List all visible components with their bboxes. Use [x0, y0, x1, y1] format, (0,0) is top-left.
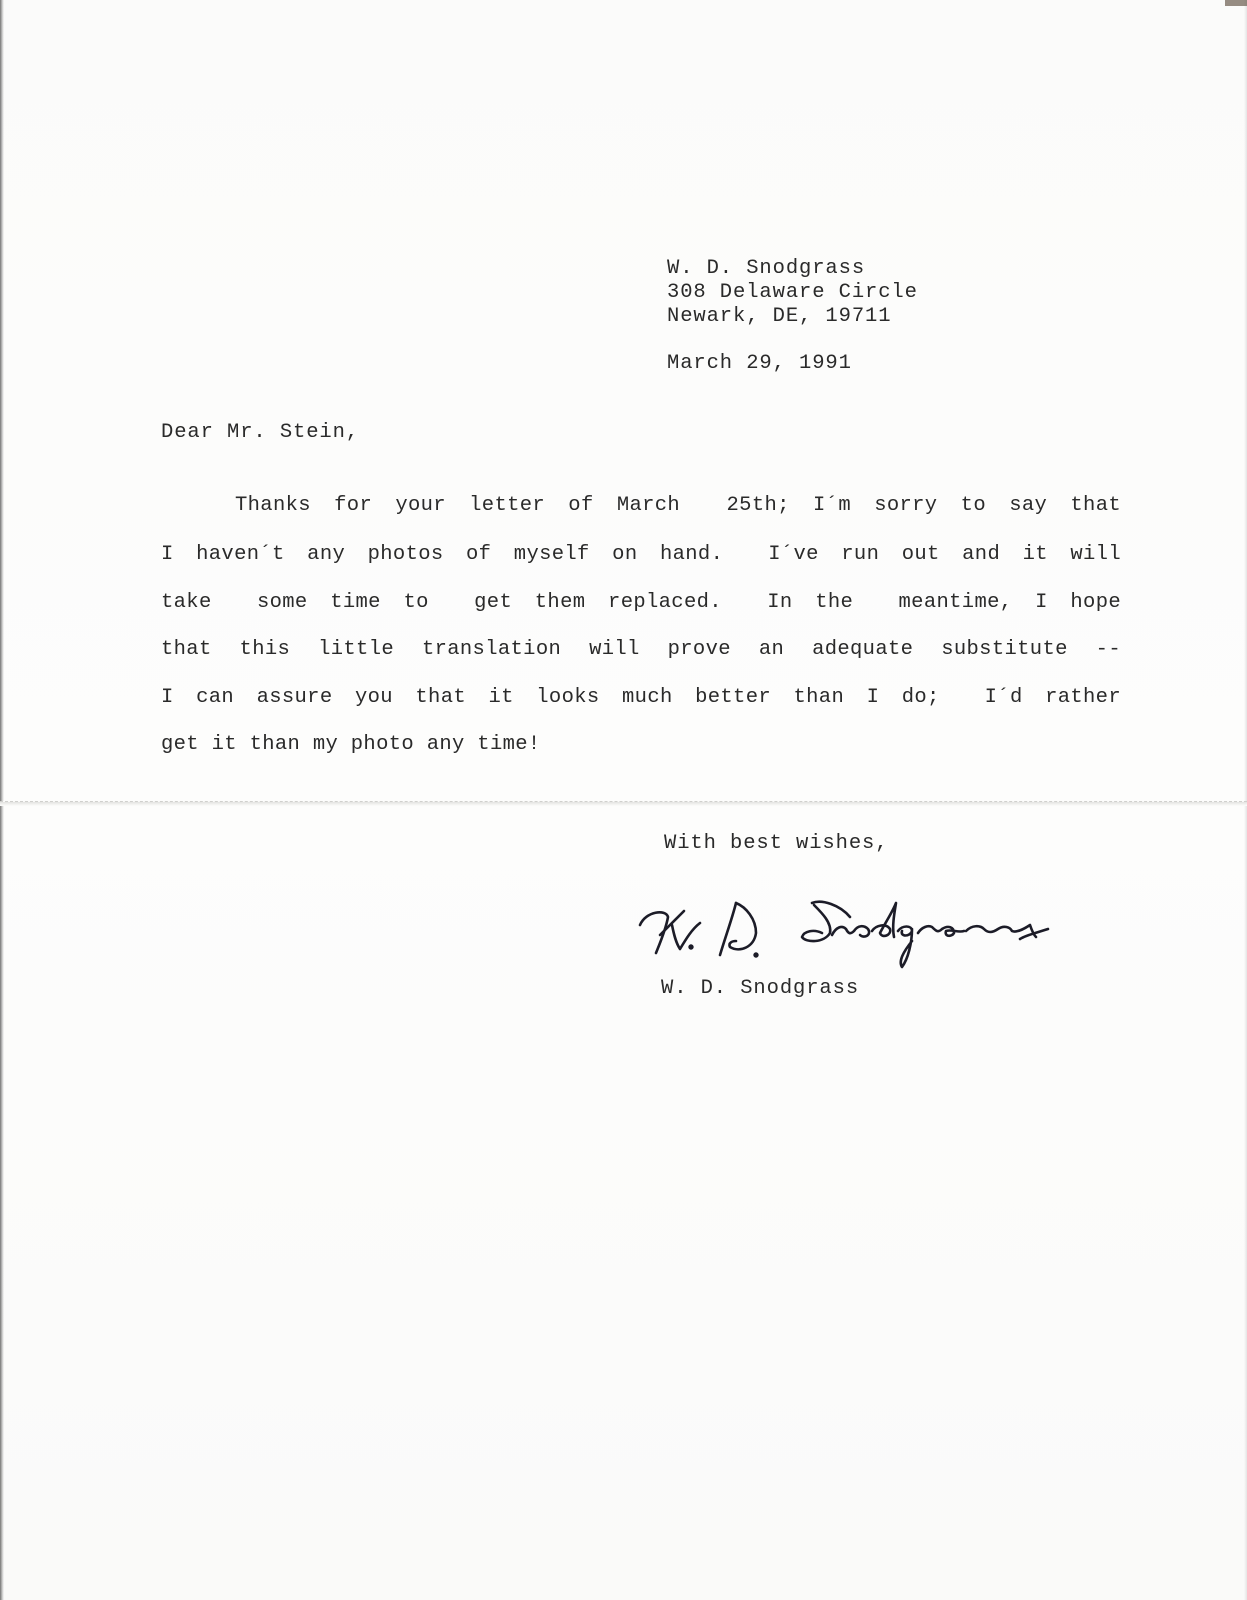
closing: With best wishes,	[664, 832, 888, 856]
sender-street: 308 Delaware Circle	[667, 281, 918, 305]
body-line: that this little translation will prove …	[161, 638, 1121, 662]
body-line: get it than my photo any time!	[161, 733, 1121, 757]
letter-page: W. D. Snodgrass 308 Delaware Circle Newa…	[0, 0, 1247, 1600]
body-line: Thanks for your letter of March 25th; I´…	[235, 494, 1121, 518]
sender-name: W. D. Snodgrass	[667, 257, 865, 281]
body-line: I haven´t any photos of myself on hand. …	[161, 543, 1121, 567]
handwritten-signature	[636, 895, 1056, 975]
body-line: I can assure you that it looks much bett…	[161, 686, 1121, 710]
sender-city: Newark, DE, 19711	[667, 305, 891, 329]
salutation: Dear Mr. Stein,	[161, 421, 359, 445]
body-line: take some time to get them replaced. In …	[161, 591, 1121, 615]
scan-edge-left	[0, 0, 4, 1600]
scan-corner-mark	[1225, 0, 1247, 6]
letter-date: March 29, 1991	[667, 352, 852, 376]
paper-fold-crease	[0, 801, 1247, 806]
typed-signature: W. D. Snodgrass	[661, 977, 859, 1001]
